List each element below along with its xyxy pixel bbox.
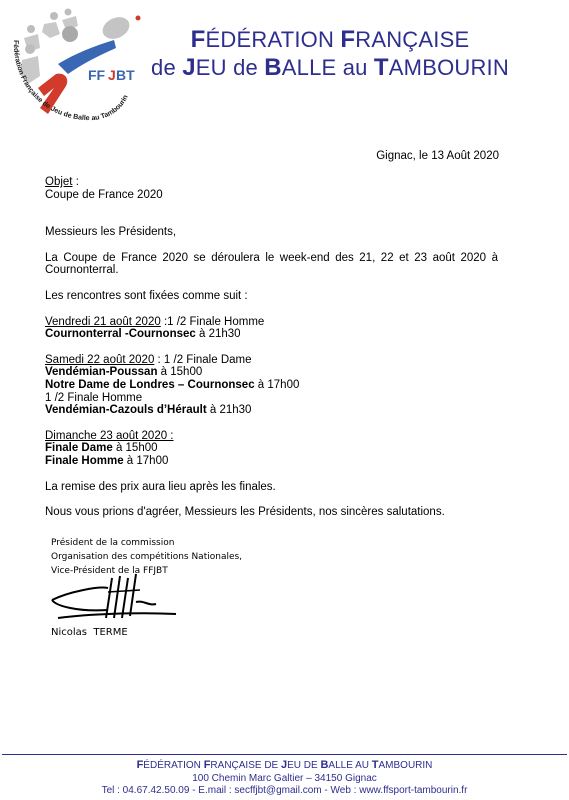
day-heading: Vendredi 21 août 2020 :1 /2 Finale Homme [45,316,498,329]
match-time: à 15h00 [113,442,158,454]
title-line-2: de JEU de BALLE au TAMBOURIN [150,54,510,82]
day-round: : 1 /2 Finale Dame [154,354,251,366]
day-friday: Vendredi 21 août 2020 :1 /2 Finale Homme… [45,316,498,341]
subject: Coupe de France 2020 [45,189,498,202]
footer: FÉDÉRATION FRANÇAISE DE JEU DE BALLE AU … [0,759,569,798]
match-teams: Vendémian-Cazouls d’Hérault [45,404,207,416]
ffjbt-logo-icon: FF J BT Fédération Française de Jeu de B… [4,4,154,136]
footer-text: AMBOURIN [379,760,433,771]
title-text: AMBOURIN [389,55,509,80]
footer-text: EU DE [287,760,320,771]
title-text: de [151,55,182,80]
svg-text:FF: FF [88,67,106,83]
day-date: Dimanche 23 août 2020 : [45,430,174,442]
footer-contact: Tel : 04.67.42.50.09 - E.mail : secffjbt… [0,785,569,798]
intro-line-2: Cournonterral. [45,264,498,277]
footer-text: RANÇAISE DE [210,760,281,771]
day-round: :1 /2 Finale Homme [161,316,265,328]
intro-line-1: La Coupe de France 2020 se déroulera le … [45,252,498,265]
svg-text:J: J [108,67,116,83]
day-sunday: Dimanche 23 août 2020 : Finale Dame à 15… [45,430,498,468]
footer-divider [2,754,567,755]
svg-text:BT: BT [116,67,135,83]
title-cap: J [182,54,196,81]
subject-label: Objet [45,176,73,188]
match-time: à 21h30 [196,328,241,340]
signatory-title: Organisation des compétitions Nationales… [51,550,242,564]
round-label: 1 /2 Finale Homme [45,392,142,404]
title-text: de [233,55,264,80]
title-text: EU [196,55,233,80]
match-teams: Cournonterral -Cournonsec [45,328,196,340]
footer-text: ÉDÉRATION [143,760,203,771]
day-heading: Samedi 22 août 2020 : 1 /2 Finale Dame [45,354,498,367]
day-heading: Dimanche 23 août 2020 : [45,430,498,443]
match-line: Finale Dame à 15h00 [45,442,498,455]
match-time: à 17h00 [255,379,300,391]
match-teams: Notre Dame de Londres – Cournonsec [45,379,255,391]
match-line: Notre Dame de Londres – Cournonsec à 17h… [45,379,498,392]
match-teams: Finale Dame [45,442,113,454]
footer-text: ALLE AU [328,760,371,771]
ffjbt-logo: FF J BT Fédération Française de Jeu de B… [4,4,154,136]
title-cap: F [191,26,206,53]
title-text: au [343,55,374,80]
match-teams: Vendémian-Poussan [45,366,157,378]
signatory-name: Nicolas TERME [51,627,128,638]
day-date: Samedi 22 août 2020 [45,354,154,366]
match-line: Vendémian-Cazouls d’Hérault à 21h30 [45,404,498,417]
footer-cap: T [372,759,379,771]
title-text: ÉDÉRATION [206,27,341,52]
title-text: RANÇAISE [355,27,469,52]
prizes-note: La remise des prix aura lieu après les f… [45,481,498,494]
title-cap: F [340,26,355,53]
match-time: à 21h30 [207,404,252,416]
schedule-intro: Les rencontres sont fixées comme suit : [45,290,498,303]
handwritten-signature-icon [48,572,178,624]
round-line: 1 /2 Finale Homme [45,392,498,405]
match-line: Finale Homme à 17h00 [45,455,498,468]
match-teams: Finale Homme [45,455,124,467]
subject-line: Objet : [45,176,498,189]
letter-body: Objet : Coupe de France 2020 Messieurs l… [45,176,498,519]
footer-org-name: FÉDÉRATION FRANÇAISE DE JEU DE BALLE AU … [0,759,569,773]
match-line: Cournonterral -Cournonsec à 21h30 [45,328,498,341]
title-line-1: FÉDÉRATION FRANÇAISE [150,26,510,54]
title-cap: T [374,54,389,81]
match-time: à 17h00 [124,455,169,467]
federation-title: FÉDÉRATION FRANÇAISE de JEU de BALLE au … [150,26,510,82]
footer-address: 100 Chemin Marc Galtier – 34150 Gignac [0,773,569,786]
place-date: Gignac, le 13 Août 2020 [376,150,499,162]
title-text: ALLE [282,55,343,80]
day-date: Vendredi 21 août 2020 [45,316,161,328]
day-saturday: Samedi 22 août 2020 : 1 /2 Finale Dame V… [45,354,498,417]
signatory-title: Président de la commission [51,536,242,550]
title-cap: B [264,54,282,81]
closing: Nous vous prions d'agréer, Messieurs les… [45,506,498,519]
salutation: Messieurs les Présidents, [45,226,498,239]
match-line: Vendémian-Poussan à 15h00 [45,366,498,379]
subject-separator: : [73,176,79,188]
match-time: à 15h00 [157,366,202,378]
